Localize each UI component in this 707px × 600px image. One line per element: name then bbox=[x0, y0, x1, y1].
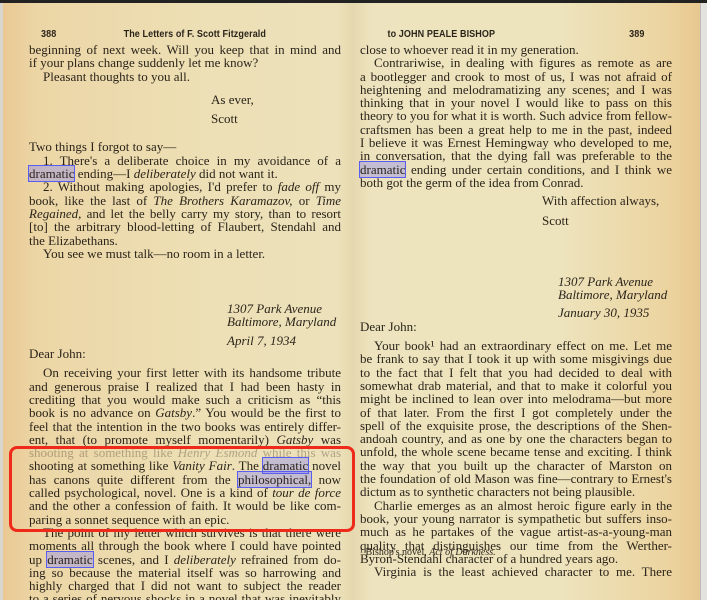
text-line: book, your young narrator is sympathetic… bbox=[360, 512, 672, 525]
text-line: might be inclined to lean over into melo… bbox=[360, 392, 672, 405]
letter-date: January 30, 1935 bbox=[360, 306, 672, 319]
text-line: andoah country, and as one by one the ch… bbox=[360, 432, 672, 445]
text-line: somewhat drab material, and that to make… bbox=[360, 379, 672, 392]
text-line: Two things I forgot to say— bbox=[29, 140, 341, 153]
book-spread: 388 The Letters of F. Scott Fitzgerald b… bbox=[3, 3, 701, 600]
text-line: to the fact that I felt that you had dec… bbox=[360, 366, 672, 379]
text-line: theory to you for what it is worth. Such… bbox=[360, 109, 672, 122]
text-line: 2. Without making apologies, I'd prefer … bbox=[29, 180, 341, 193]
text-line: Charlie emerges as an almost heroic figu… bbox=[360, 499, 672, 512]
text-line: the Elizabethans. bbox=[29, 234, 341, 247]
text-line: I believe it was Ernest Hemingway who de… bbox=[360, 136, 672, 149]
signoff-line: With affection always, bbox=[360, 194, 672, 207]
signoff-line: As ever, bbox=[29, 93, 341, 106]
text-line: craftsmen has been a great help to me in… bbox=[360, 123, 672, 136]
text-line: highly charged that I did not want to su… bbox=[29, 579, 341, 592]
left-page-text: beginning of next week. Will you keep th… bbox=[29, 43, 341, 600]
left-page: 388 The Letters of F. Scott Fitzgerald b… bbox=[29, 3, 341, 600]
text-line: to a series of nervous shocks in a novel… bbox=[29, 592, 341, 600]
text-line: a bootlegger and crook to most of us, I … bbox=[360, 70, 672, 83]
left-running-head: 388 The Letters of F. Scott Fitzgerald bbox=[29, 28, 341, 42]
text-line: moments all through the book where I cou… bbox=[29, 539, 341, 552]
text-line: both got the germ of the idea from Conra… bbox=[360, 176, 672, 189]
address-line: 1307 Park Avenue bbox=[29, 302, 341, 315]
text-line: feel that the intention in the two books… bbox=[29, 420, 341, 433]
text-line: ing so because the material itself was s… bbox=[29, 566, 341, 579]
signoff-line: Scott bbox=[360, 214, 672, 227]
text-line: On receiving your first letter with its … bbox=[29, 366, 341, 379]
text-line: thinking that in your novel I would like… bbox=[360, 96, 672, 109]
text-line: Your book¹ had an extraordinary effect o… bbox=[360, 339, 672, 352]
text-line: and generous praise I realized that I ha… bbox=[29, 380, 341, 393]
right-page: to JOHN PEALE BISHOP 389 close to whoeve… bbox=[360, 3, 672, 600]
text-line: of that later. From the first I got comp… bbox=[360, 406, 672, 419]
right-page-text: close to whoever read it in my generatio… bbox=[360, 43, 672, 578]
text-line: called psychological, novel. One is a ki… bbox=[29, 486, 341, 499]
text-line: unfold, the whole scene became tense and… bbox=[360, 445, 672, 458]
scrollbar[interactable] bbox=[700, 3, 707, 600]
text-line: be frank to say that I took it up with s… bbox=[360, 352, 672, 365]
text-line: the foundation of old Mason was fine—con… bbox=[360, 472, 672, 485]
salutation: Dear John: bbox=[360, 320, 672, 333]
signoff-line: Scott bbox=[29, 112, 341, 125]
text-line: You see we must talk—no room in a letter… bbox=[29, 247, 341, 260]
address-line: Baltimore, Maryland bbox=[360, 288, 672, 301]
text-line: spell of the exquisite prose, the descri… bbox=[360, 419, 672, 432]
text-line: paring a sonnet sequence with an epic. bbox=[29, 513, 341, 526]
text-line: Pleasant thoughts to you all. bbox=[29, 70, 341, 83]
address-line: 1307 Park Avenue bbox=[360, 275, 672, 288]
text-line: if your plans change suddenly let me kno… bbox=[29, 56, 341, 69]
text-line: and the other a confession of faith. It … bbox=[29, 499, 341, 512]
page-number: 389 bbox=[629, 28, 644, 40]
text-line: book, like the last of The Brothers Kara… bbox=[29, 194, 341, 207]
text-line: much as he partakes of the vague artist-… bbox=[360, 525, 672, 538]
running-head-title: The Letters of F. Scott Fitzgerald bbox=[124, 28, 266, 40]
text-line: shooting at something like Vanity Fair. … bbox=[29, 459, 341, 472]
text-line: The point of my letter which survives is… bbox=[29, 526, 341, 539]
salutation: Dear John: bbox=[29, 347, 341, 360]
text-line: [to] the arbitrary blood-letting of Flau… bbox=[29, 220, 341, 233]
text-line: up dramatic scenes, and I deliberately r… bbox=[29, 553, 341, 566]
text-line: heightening and melodramatizing any scen… bbox=[360, 83, 672, 96]
text-line: Regained, and let the belly carry my sto… bbox=[29, 207, 341, 220]
text-line: book is no advance on Gatsby.” You would… bbox=[29, 406, 341, 419]
text-line: ent, that (to promote myself momentarily… bbox=[29, 433, 341, 446]
text-line: close to whoever read it in my generatio… bbox=[360, 43, 672, 56]
page-number: 388 bbox=[41, 28, 56, 40]
text-line: in conversation, that the dying fall was… bbox=[360, 149, 672, 162]
footnote: ¹ Bishop's novel, Act of Darkness. bbox=[360, 547, 496, 558]
text-line: has canons quite different from the phil… bbox=[29, 473, 341, 486]
address-line: Baltimore, Maryland bbox=[29, 315, 341, 328]
text-line: dictum as to synthetic characters not be… bbox=[360, 485, 672, 498]
running-head-title: to JOHN PEALE BISHOP bbox=[388, 28, 496, 40]
text-line: dramatic ending under certain conditions… bbox=[360, 163, 672, 176]
text-line: the way that you built up the character … bbox=[360, 459, 672, 472]
text-line: Contrariwise, in dealing with figures as… bbox=[360, 56, 672, 69]
text-line: Virginia is the least achieved character… bbox=[360, 565, 672, 578]
right-running-head: to JOHN PEALE BISHOP 389 bbox=[360, 28, 672, 42]
text-line: crediting that you would make such a cri… bbox=[29, 393, 341, 406]
text-line: beginning of next week. Will you keep th… bbox=[29, 43, 341, 56]
text-line: dramatic ending—I deliberately did not w… bbox=[29, 167, 341, 180]
letter-date: April 7, 1934 bbox=[29, 334, 341, 347]
